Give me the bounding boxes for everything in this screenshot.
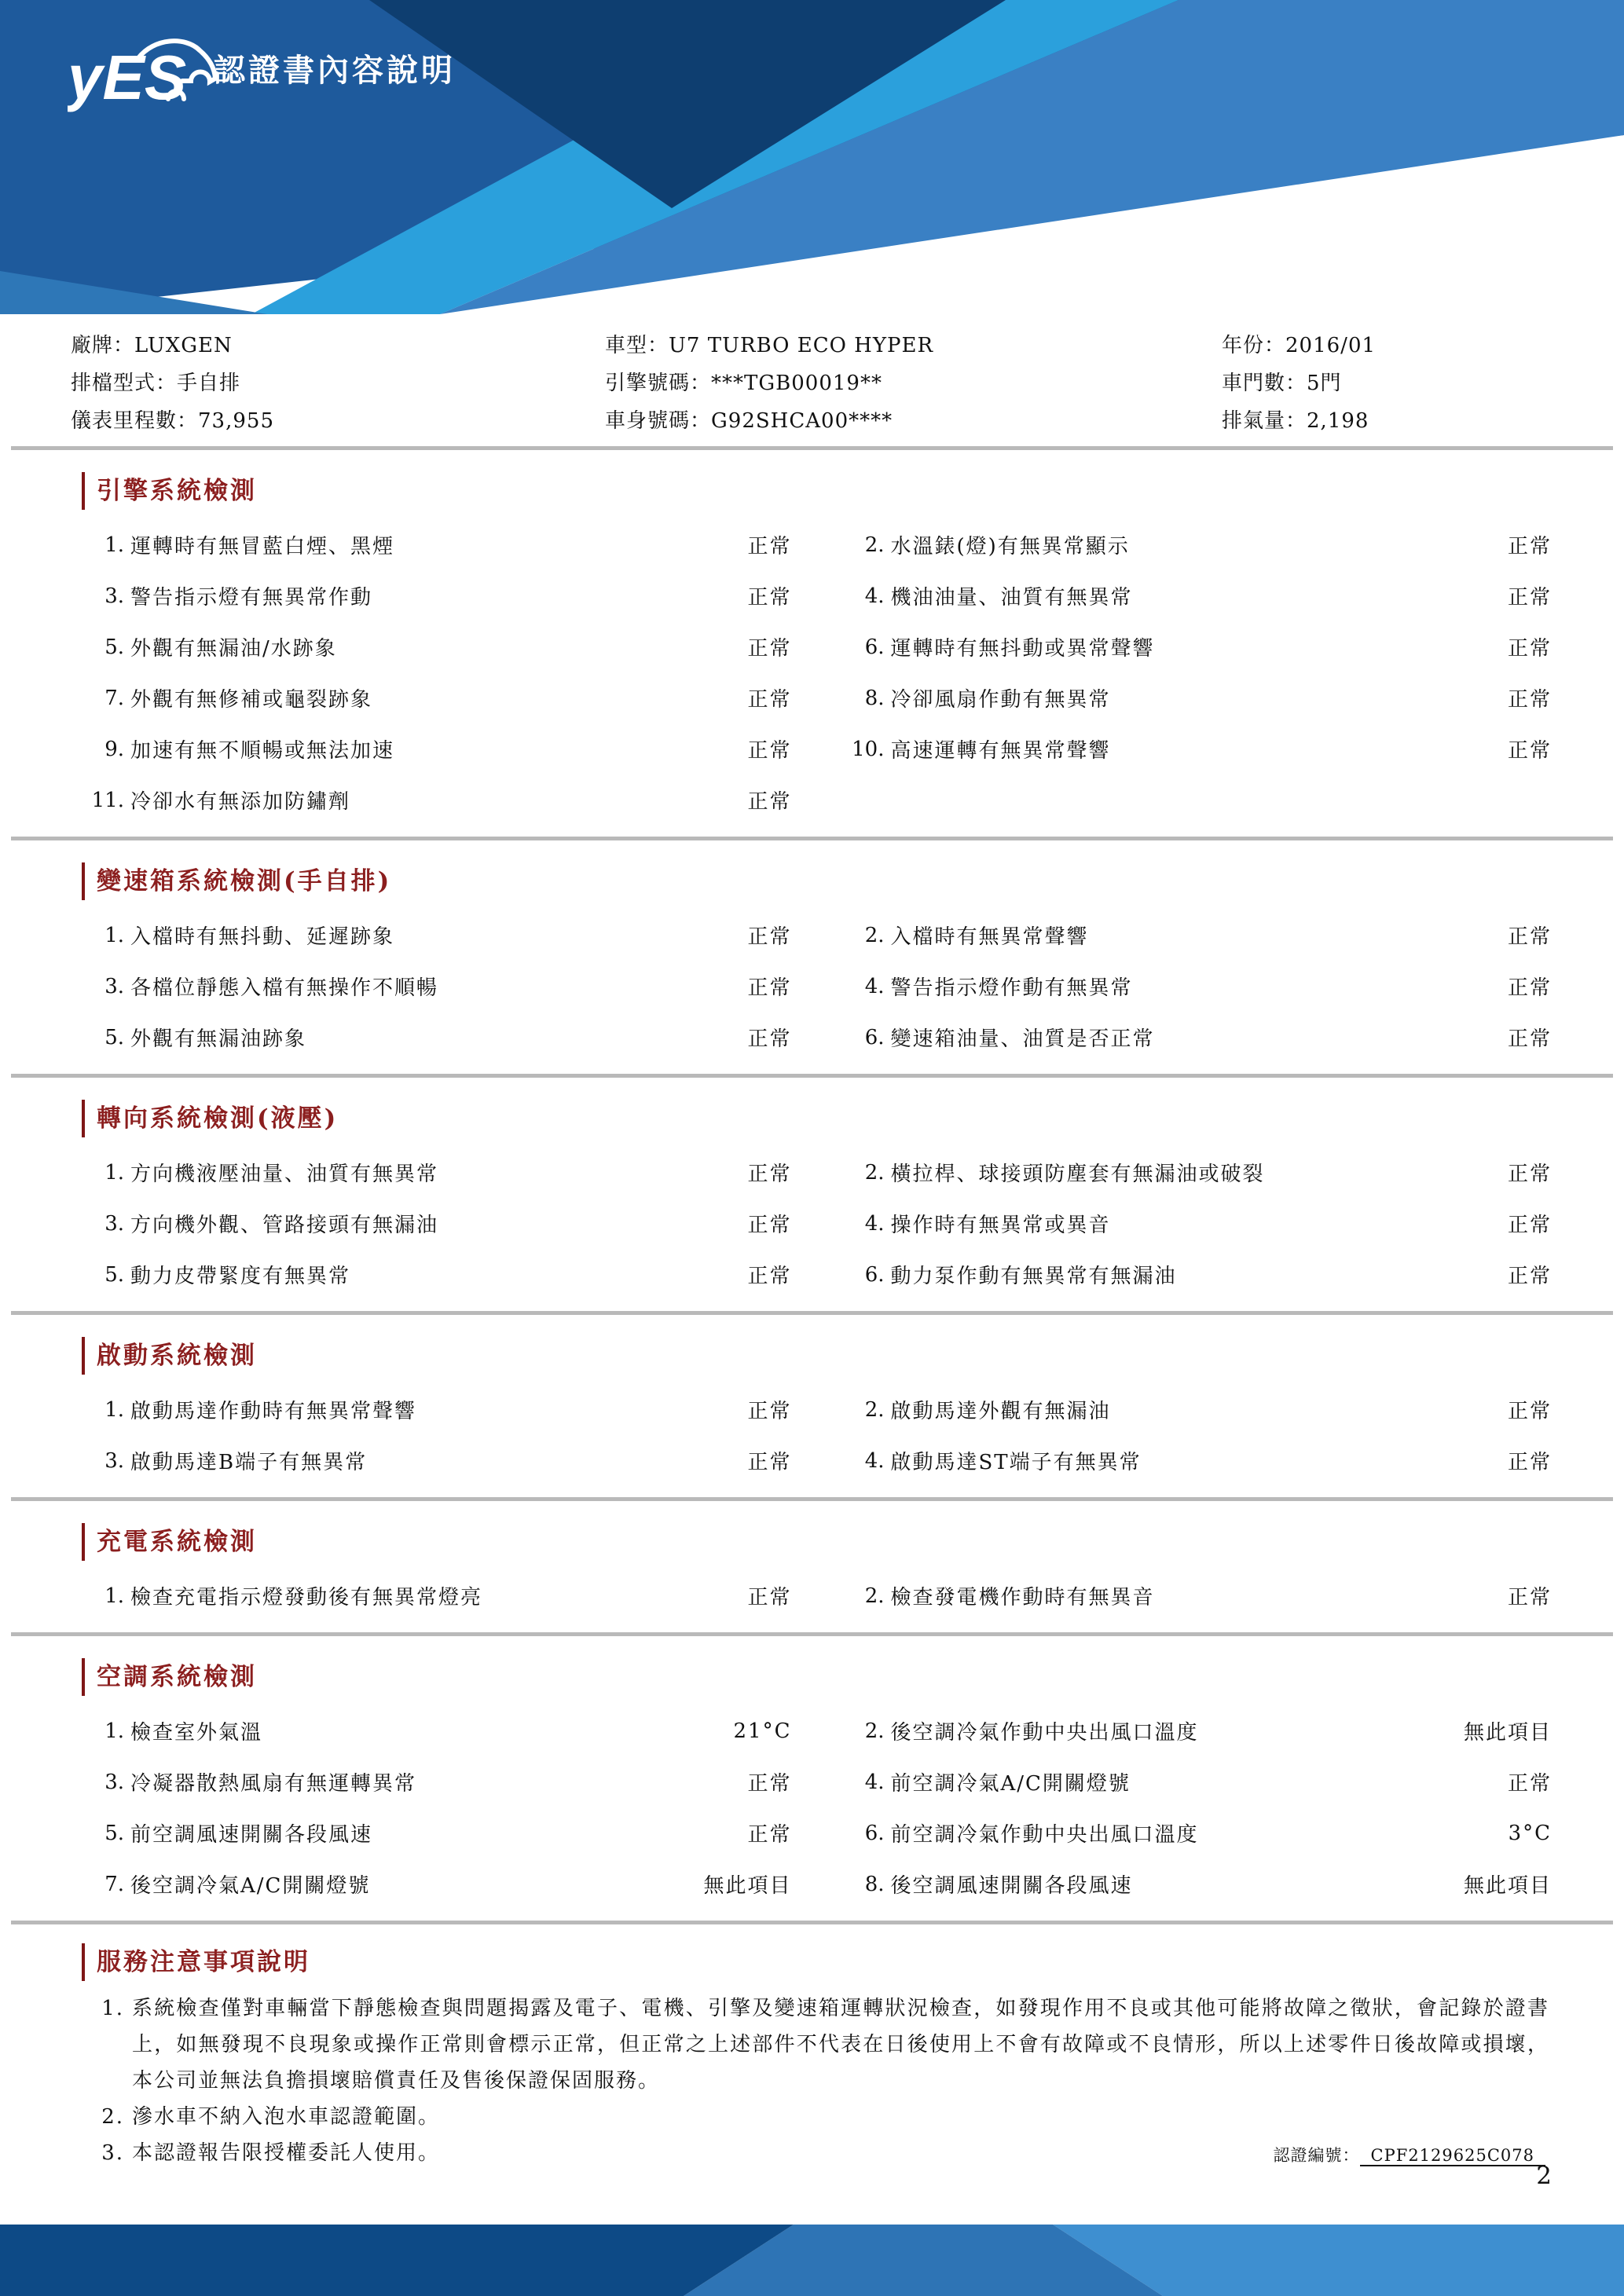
vehicle-info-column: 廠牌：LUXGEN 排檔型式：手自排 儀表里程數：73,955 xyxy=(71,327,605,440)
item-text: 啟動馬達外觀有無漏油 xyxy=(891,1395,1500,1424)
vehicle-info-item: 年份：2016/01 xyxy=(1222,327,1593,364)
section-title: 空調系統檢測 xyxy=(82,1658,1624,1696)
vehicle-info-item: 廠牌：LUXGEN xyxy=(71,327,605,364)
vehicle-info-value: 2016/01 xyxy=(1285,334,1376,357)
yes-logo-text: yES xyxy=(68,42,186,112)
item-text: 運轉時有無抖動或異常聲響 xyxy=(891,632,1500,661)
vehicle-info-column: 年份：2016/01 車門數：5門 排氣量：2,198 xyxy=(1222,327,1593,440)
section-title: 引擎系統檢測 xyxy=(82,472,1624,510)
section-title: 啟動系統檢測 xyxy=(82,1337,1624,1375)
inspection-item: 8. 後空調風速開關各段風速 無此項目 xyxy=(847,1858,1553,1910)
inspection-item: 2. 水溫錶(燈)有無異常顯示 正常 xyxy=(847,519,1553,570)
item-number: 8. xyxy=(847,687,885,710)
document-title: 認證書內容說明 xyxy=(214,46,456,90)
section-title-text: 轉向系統檢測(液壓) xyxy=(97,1100,338,1137)
section-title-text: 啟動系統檢測 xyxy=(97,1338,257,1374)
item-text: 方向機液壓油量、油質有無異常 xyxy=(130,1158,739,1187)
section-title-bar xyxy=(82,472,85,510)
cert-number-label: 認證編號： xyxy=(1274,2146,1360,2165)
item-number: 6. xyxy=(847,1263,885,1287)
inspection-item: 6. 運轉時有無抖動或異常聲響 正常 xyxy=(847,621,1553,672)
section-title-text: 空調系統檢測 xyxy=(97,1659,257,1695)
item-text: 動力泵作動有無異常有無漏油 xyxy=(891,1260,1500,1289)
vehicle-info-label: 年份： xyxy=(1222,334,1285,357)
inspection-item: 4. 啟動馬達ST端子有無異常 正常 xyxy=(847,1435,1553,1486)
item-number: 6. xyxy=(847,1026,885,1049)
item-text: 操作時有無異常或異音 xyxy=(891,1209,1500,1238)
item-result: 正常 xyxy=(747,1767,791,1796)
footer-shape-dark xyxy=(0,2225,794,2296)
inspection-item: 6. 變速箱油量、油質是否正常 正常 xyxy=(847,1012,1553,1063)
item-number: 2. xyxy=(847,533,885,557)
section-items: 1. 檢查充電指示燈發動後有無異常燈亮 正常 2. 檢查發電機作動時有無異音 正… xyxy=(0,1561,1624,1632)
inspection-item: 2. 檢查發電機作動時有無異音 正常 xyxy=(847,1570,1553,1621)
section-divider xyxy=(11,1074,1613,1078)
item-number: 4. xyxy=(847,1212,885,1236)
item-result: 正常 xyxy=(1508,632,1552,661)
item-result: 正常 xyxy=(1508,1023,1552,1052)
cert-number-line: 認證編號：CPF2129625C078 xyxy=(1274,2143,1545,2166)
note-number: 2. xyxy=(86,2099,124,2135)
yes-logo-graphic: yES xyxy=(68,31,221,118)
item-text: 外觀有無漏油跡象 xyxy=(130,1023,739,1052)
item-text: 警告指示燈作動有無異常 xyxy=(891,972,1500,1001)
section-title-bar xyxy=(82,1337,85,1375)
item-number: 1. xyxy=(86,1584,124,1608)
note-item: 1. 系統檢查僅對車輛當下靜態檢查與問題揭露及電子、電機、引擎及變速箱運轉狀況檢… xyxy=(0,1990,1624,2099)
section-title-bar xyxy=(82,1943,85,1981)
inspection-item: 2. 入檔時有無異常聲響 正常 xyxy=(847,910,1553,961)
item-text: 入檔時有無抖動、延遲跡象 xyxy=(130,921,739,950)
section-title: 轉向系統檢測(液壓) xyxy=(82,1100,1624,1137)
inspection-item: 2. 橫拉桿、球接頭防塵套有無漏油或破裂 正常 xyxy=(847,1147,1553,1198)
item-text: 橫拉桿、球接頭防塵套有無漏油或破裂 xyxy=(891,1158,1500,1187)
yes-logo: yES xyxy=(68,31,221,118)
item-number: 9. xyxy=(86,738,124,761)
section-title-bar xyxy=(82,1658,85,1696)
vehicle-info-value: 73,955 xyxy=(198,409,274,433)
inspection-section: 轉向系統檢測(液壓) 1. 方向機液壓油量、油質有無異常 正常 2. 橫拉桿、球… xyxy=(0,1074,1624,1311)
item-text: 後空調冷氣作動中央出風口溫度 xyxy=(891,1716,1456,1745)
inspection-section: 變速箱系統檢測(手自排) 1. 入檔時有無抖動、延遲跡象 正常 2. 入檔時有無… xyxy=(0,837,1624,1074)
vehicle-info-column: 車型：U7 TURBO ECO HYPER 引擎號碼：***TGB00019**… xyxy=(605,327,1222,440)
vehicle-info-value: 手自排 xyxy=(177,372,240,395)
item-result: 正常 xyxy=(747,1581,791,1610)
item-result: 無此項目 xyxy=(1464,1716,1552,1745)
inspection-section: 空調系統檢測 1. 檢查室外氣溫 21°C 2. 後空調冷氣作動中央出風口溫度 … xyxy=(0,1632,1624,1921)
section-title-bar xyxy=(82,862,85,900)
page-number: 2 xyxy=(1536,2162,1552,2190)
item-text: 檢查室外氣溫 xyxy=(130,1716,726,1745)
inspection-item: 7. 後空調冷氣A/C開關燈號 無此項目 xyxy=(86,1858,792,1910)
header-banner: yES 認證書內容說明 xyxy=(0,0,1624,314)
section-title-bar xyxy=(82,1100,85,1137)
item-result: 正常 xyxy=(747,1395,791,1424)
item-result: 正常 xyxy=(747,683,791,712)
footer-background xyxy=(0,2221,1624,2296)
section-items: 1. 啟動馬達作動時有無異常聲響 正常 2. 啟動馬達外觀有無漏油 正常 3. … xyxy=(0,1375,1624,1497)
item-number: 4. xyxy=(847,975,885,998)
section-items: 1. 入檔時有無抖動、延遲跡象 正常 2. 入檔時有無異常聲響 正常 3. 各檔… xyxy=(0,900,1624,1074)
inspection-item: 11. 冷卻水有無添加防鏽劑 正常 xyxy=(86,774,792,826)
item-number: 6. xyxy=(847,1822,885,1845)
item-text: 警告指示燈有無異常作動 xyxy=(130,581,739,610)
vehicle-info-item: 車身號碼：G92SHCA00**** xyxy=(605,402,1222,440)
item-text: 啟動馬達B端子有無異常 xyxy=(130,1446,739,1475)
item-result: 正常 xyxy=(1508,1581,1552,1610)
section-divider xyxy=(11,1921,1613,1924)
vehicle-info-label: 車門數： xyxy=(1222,372,1307,395)
inspection-item: 3. 冷凝器散熱風扇有無運轉異常 正常 xyxy=(86,1756,792,1807)
note-item: 2. 滲水車不納入泡水車認證範圍。 xyxy=(0,2099,1624,2135)
vehicle-info-label: 排檔型式： xyxy=(71,372,177,395)
note-number: 3. xyxy=(86,2135,124,2171)
inspection-item: 4. 前空調冷氣A/C開關燈號 正常 xyxy=(847,1756,1553,1807)
item-text: 啟動馬達作動時有無異常聲響 xyxy=(130,1395,739,1424)
inspection-item: 10. 高速運轉有無異常聲響 正常 xyxy=(847,723,1553,774)
item-number: 1. xyxy=(86,1161,124,1185)
inspection-section: 引擎系統檢測 1. 運轉時有無冒藍白煙、黑煙 正常 2. 水溫錶(燈)有無異常顯… xyxy=(0,446,1624,837)
item-text: 前空調冷氣A/C開關燈號 xyxy=(891,1767,1500,1796)
item-number: 8. xyxy=(847,1873,885,1896)
vehicle-info-item: 儀表里程數：73,955 xyxy=(71,402,605,440)
item-text: 冷卻風扇作動有無異常 xyxy=(891,683,1500,712)
inspection-item: 1. 運轉時有無冒藍白煙、黑煙 正常 xyxy=(86,519,792,570)
section-items: 1. 方向機液壓油量、油質有無異常 正常 2. 橫拉桿、球接頭防塵套有無漏油或破… xyxy=(0,1137,1624,1311)
item-result: 正常 xyxy=(1508,530,1552,559)
vehicle-info-value: G92SHCA00**** xyxy=(711,409,893,433)
section-items: 1. 檢查室外氣溫 21°C 2. 後空調冷氣作動中央出風口溫度 無此項目 3.… xyxy=(0,1696,1624,1921)
item-text: 啟動馬達ST端子有無異常 xyxy=(891,1446,1500,1475)
item-number: 2. xyxy=(847,1398,885,1422)
item-result: 正常 xyxy=(1508,1158,1552,1187)
vehicle-info-item: 車門數：5門 xyxy=(1222,364,1593,402)
item-number: 1. xyxy=(86,1398,124,1422)
item-text: 外觀有無漏油/水跡象 xyxy=(130,632,739,661)
item-text: 檢查充電指示燈發動後有無異常燈亮 xyxy=(130,1581,739,1610)
item-text: 外觀有無修補或龜裂跡象 xyxy=(130,683,739,712)
vehicle-info-label: 儀表里程數： xyxy=(71,409,198,433)
inspection-item: 9. 加速有無不順暢或無法加速 正常 xyxy=(86,723,792,774)
item-number: 2. xyxy=(847,1161,885,1185)
inspection-item: 1. 檢查充電指示燈發動後有無異常燈亮 正常 xyxy=(86,1570,792,1621)
vehicle-info-value: LUXGEN xyxy=(134,334,233,357)
item-result: 無此項目 xyxy=(1464,1869,1552,1899)
item-number: 5. xyxy=(86,1026,124,1049)
item-result: 正常 xyxy=(1508,1767,1552,1796)
item-text: 運轉時有無冒藍白煙、黑煙 xyxy=(130,530,739,559)
item-text: 前空調冷氣作動中央出風口溫度 xyxy=(891,1818,1501,1847)
section-title-text: 引擎系統檢測 xyxy=(97,473,257,509)
note-text: 滲水車不納入泡水車認證範圍。 xyxy=(132,2099,1549,2135)
inspection-item: 2. 啟動馬達外觀有無漏油 正常 xyxy=(847,1384,1553,1435)
item-text: 入檔時有無異常聲響 xyxy=(891,921,1500,950)
vehicle-info-item: 引擎號碼：***TGB00019** xyxy=(605,364,1222,402)
inspection-item: 5. 前空調風速開關各段風速 正常 xyxy=(86,1807,792,1858)
section-title-text: 服務注意事項說明 xyxy=(97,1944,310,1980)
item-number: 4. xyxy=(847,1771,885,1794)
item-number: 4. xyxy=(847,584,885,608)
inspection-item: 6. 動力泵作動有無異常有無漏油 正常 xyxy=(847,1249,1553,1300)
item-result: 無此項目 xyxy=(703,1869,791,1899)
item-result: 正常 xyxy=(747,734,791,764)
item-number: 3. xyxy=(86,975,124,998)
vehicle-info-value: ***TGB00019** xyxy=(711,372,882,395)
inspection-item: 3. 方向機外觀、管路接頭有無漏油 正常 xyxy=(86,1198,792,1249)
section-divider xyxy=(11,1311,1613,1315)
inspection-item: 4. 機油油量、油質有無異常 正常 xyxy=(847,570,1553,621)
item-result: 正常 xyxy=(747,1446,791,1475)
vehicle-info-value: 2,198 xyxy=(1307,409,1369,433)
item-number: 3. xyxy=(86,1771,124,1794)
item-number: 1. xyxy=(86,533,124,557)
inspection-section: 充電系統檢測 1. 檢查充電指示燈發動後有無異常燈亮 正常 2. 檢查發電機作動… xyxy=(0,1497,1624,1632)
section-divider xyxy=(11,837,1613,840)
inspection-item: 4. 操作時有無異常或異音 正常 xyxy=(847,1198,1553,1249)
item-result: 正常 xyxy=(747,1158,791,1187)
inspection-item: 2. 後空調冷氣作動中央出風口溫度 無此項目 xyxy=(847,1705,1553,1756)
item-result: 正常 xyxy=(747,1260,791,1289)
item-text: 水溫錶(燈)有無異常顯示 xyxy=(891,530,1500,559)
inspection-item: 5. 外觀有無漏油跡象 正常 xyxy=(86,1012,792,1063)
inspection-item: 6. 前空調冷氣作動中央出風口溫度 3°C xyxy=(847,1807,1553,1858)
item-number: 4. xyxy=(847,1449,885,1473)
section-divider xyxy=(11,446,1613,450)
item-number: 7. xyxy=(86,1873,124,1896)
cert-number-value: CPF2129625C078 xyxy=(1360,2146,1545,2166)
item-text: 變速箱油量、油質是否正常 xyxy=(891,1023,1500,1052)
item-text: 機油油量、油質有無異常 xyxy=(891,581,1500,610)
vehicle-info-label: 廠牌： xyxy=(71,334,134,357)
inspection-item: 1. 啟動馬達作動時有無異常聲響 正常 xyxy=(86,1384,792,1435)
item-result: 正常 xyxy=(747,785,791,815)
item-result: 正常 xyxy=(1508,1395,1552,1424)
certificate-page: yES 認證書內容說明 廠牌：LUXGEN 排檔型式：手自排 儀表里程數：73,… xyxy=(0,0,1624,2296)
item-number: 3. xyxy=(86,1212,124,1236)
item-result: 正常 xyxy=(747,581,791,610)
vehicle-info-value: U7 TURBO ECO HYPER xyxy=(669,334,933,357)
item-text: 冷凝器散熱風扇有無運轉異常 xyxy=(130,1767,739,1796)
item-result: 正常 xyxy=(747,1818,791,1847)
service-notes: 服務注意事項說明 1. 系統檢查僅對車輛當下靜態檢查與問題揭露及電子、電機、引擎… xyxy=(0,1921,1624,2176)
item-number: 5. xyxy=(86,1822,124,1845)
inspection-item: 1. 檢查室外氣溫 21°C xyxy=(86,1705,792,1756)
vehicle-info-label: 排氣量： xyxy=(1222,409,1307,433)
item-result: 正常 xyxy=(747,921,791,950)
vehicle-info-value: 5門 xyxy=(1307,372,1342,395)
item-text: 加速有無不順暢或無法加速 xyxy=(130,734,739,764)
inspection-item: 5. 外觀有無漏油/水跡象 正常 xyxy=(86,621,792,672)
inspection-item: 5. 動力皮帶緊度有無異常 正常 xyxy=(86,1249,792,1300)
item-result: 正常 xyxy=(1508,581,1552,610)
inspection-item: 3. 各檔位靜態入檔有無操作不順暢 正常 xyxy=(86,961,792,1012)
item-number: 1. xyxy=(86,924,124,947)
item-result: 正常 xyxy=(747,632,791,661)
inspection-sections: 引擎系統檢測 1. 運轉時有無冒藍白煙、黑煙 正常 2. 水溫錶(燈)有無異常顯… xyxy=(0,446,1624,1921)
item-result: 正常 xyxy=(1508,972,1552,1001)
item-result: 正常 xyxy=(1508,683,1552,712)
vehicle-info-label: 引擎號碼： xyxy=(605,372,711,395)
inspection-section: 啟動系統檢測 1. 啟動馬達作動時有無異常聲響 正常 2. 啟動馬達外觀有無漏油… xyxy=(0,1311,1624,1497)
item-text: 檢查發電機作動時有無異音 xyxy=(891,1581,1500,1610)
item-text: 高速運轉有無異常聲響 xyxy=(891,734,1500,764)
inspection-item: 8. 冷卻風扇作動有無異常 正常 xyxy=(847,672,1553,723)
note-number: 1. xyxy=(86,1990,124,2027)
item-result: 3°C xyxy=(1509,1822,1552,1845)
section-title-bar xyxy=(82,1523,85,1561)
vehicle-info-label: 車身號碼： xyxy=(605,409,711,433)
item-number: 10. xyxy=(847,738,885,761)
item-result: 正常 xyxy=(1508,1446,1552,1475)
section-divider xyxy=(11,1632,1613,1636)
item-result: 正常 xyxy=(1508,921,1552,950)
section-title-text: 充電系統檢測 xyxy=(97,1524,257,1560)
item-result: 正常 xyxy=(747,1023,791,1052)
section-items: 1. 運轉時有無冒藍白煙、黑煙 正常 2. 水溫錶(燈)有無異常顯示 正常 3.… xyxy=(0,510,1624,837)
item-number: 2. xyxy=(847,924,885,947)
vehicle-info: 廠牌：LUXGEN 排檔型式：手自排 儀表里程數：73,955 車型：U7 TU… xyxy=(0,314,1624,446)
item-text: 冷卻水有無添加防鏽劑 xyxy=(130,785,739,815)
item-result: 正常 xyxy=(1508,1209,1552,1238)
item-result: 正常 xyxy=(747,972,791,1001)
inspection-item: 3. 啟動馬達B端子有無異常 正常 xyxy=(86,1435,792,1486)
vehicle-info-item: 排氣量：2,198 xyxy=(1222,402,1593,440)
item-number: 6. xyxy=(847,635,885,659)
inspection-item: 7. 外觀有無修補或龜裂跡象 正常 xyxy=(86,672,792,723)
inspection-item: 1. 方向機液壓油量、油質有無異常 正常 xyxy=(86,1147,792,1198)
item-result: 21°C xyxy=(734,1719,792,1743)
footer-banner xyxy=(0,2221,1624,2296)
item-number: 1. xyxy=(86,1719,124,1743)
item-number: 2. xyxy=(847,1584,885,1608)
section-title: 變速箱系統檢測(手自排) xyxy=(82,862,1624,900)
item-text: 後空調冷氣A/C開關燈號 xyxy=(130,1869,695,1899)
item-number: 3. xyxy=(86,584,124,608)
section-title: 充電系統檢測 xyxy=(82,1523,1624,1561)
vehicle-info-label: 車型： xyxy=(605,334,669,357)
item-result: 正常 xyxy=(1508,734,1552,764)
item-number: 5. xyxy=(86,1263,124,1287)
inspection-item: 4. 警告指示燈作動有無異常 正常 xyxy=(847,961,1553,1012)
section-divider xyxy=(11,1497,1613,1501)
inspection-item: 3. 警告指示燈有無異常作動 正常 xyxy=(86,570,792,621)
item-number: 11. xyxy=(86,789,124,812)
item-number: 5. xyxy=(86,635,124,659)
item-number: 7. xyxy=(86,687,124,710)
section-title: 服務注意事項說明 xyxy=(82,1943,1624,1981)
item-number: 2. xyxy=(847,1719,885,1743)
item-text: 方向機外觀、管路接頭有無漏油 xyxy=(130,1209,739,1238)
note-text: 系統檢查僅對車輛當下靜態檢查與問題揭露及電子、電機、引擎及變速箱運轉狀況檢查，如… xyxy=(132,1990,1549,2099)
vehicle-info-item: 車型：U7 TURBO ECO HYPER xyxy=(605,327,1222,364)
item-text: 動力皮帶緊度有無異常 xyxy=(130,1260,739,1289)
item-result: 正常 xyxy=(747,530,791,559)
vehicle-info-item: 排檔型式：手自排 xyxy=(71,364,605,402)
item-text: 前空調風速開關各段風速 xyxy=(130,1818,739,1847)
item-text: 各檔位靜態入檔有無操作不順暢 xyxy=(130,972,739,1001)
item-number: 3. xyxy=(86,1449,124,1473)
inspection-item: 1. 入檔時有無抖動、延遲跡象 正常 xyxy=(86,910,792,961)
item-text: 後空調風速開關各段風速 xyxy=(891,1869,1456,1899)
item-result: 正常 xyxy=(1508,1260,1552,1289)
item-result: 正常 xyxy=(747,1209,791,1238)
section-title-text: 變速箱系統檢測(手自排) xyxy=(97,863,391,899)
